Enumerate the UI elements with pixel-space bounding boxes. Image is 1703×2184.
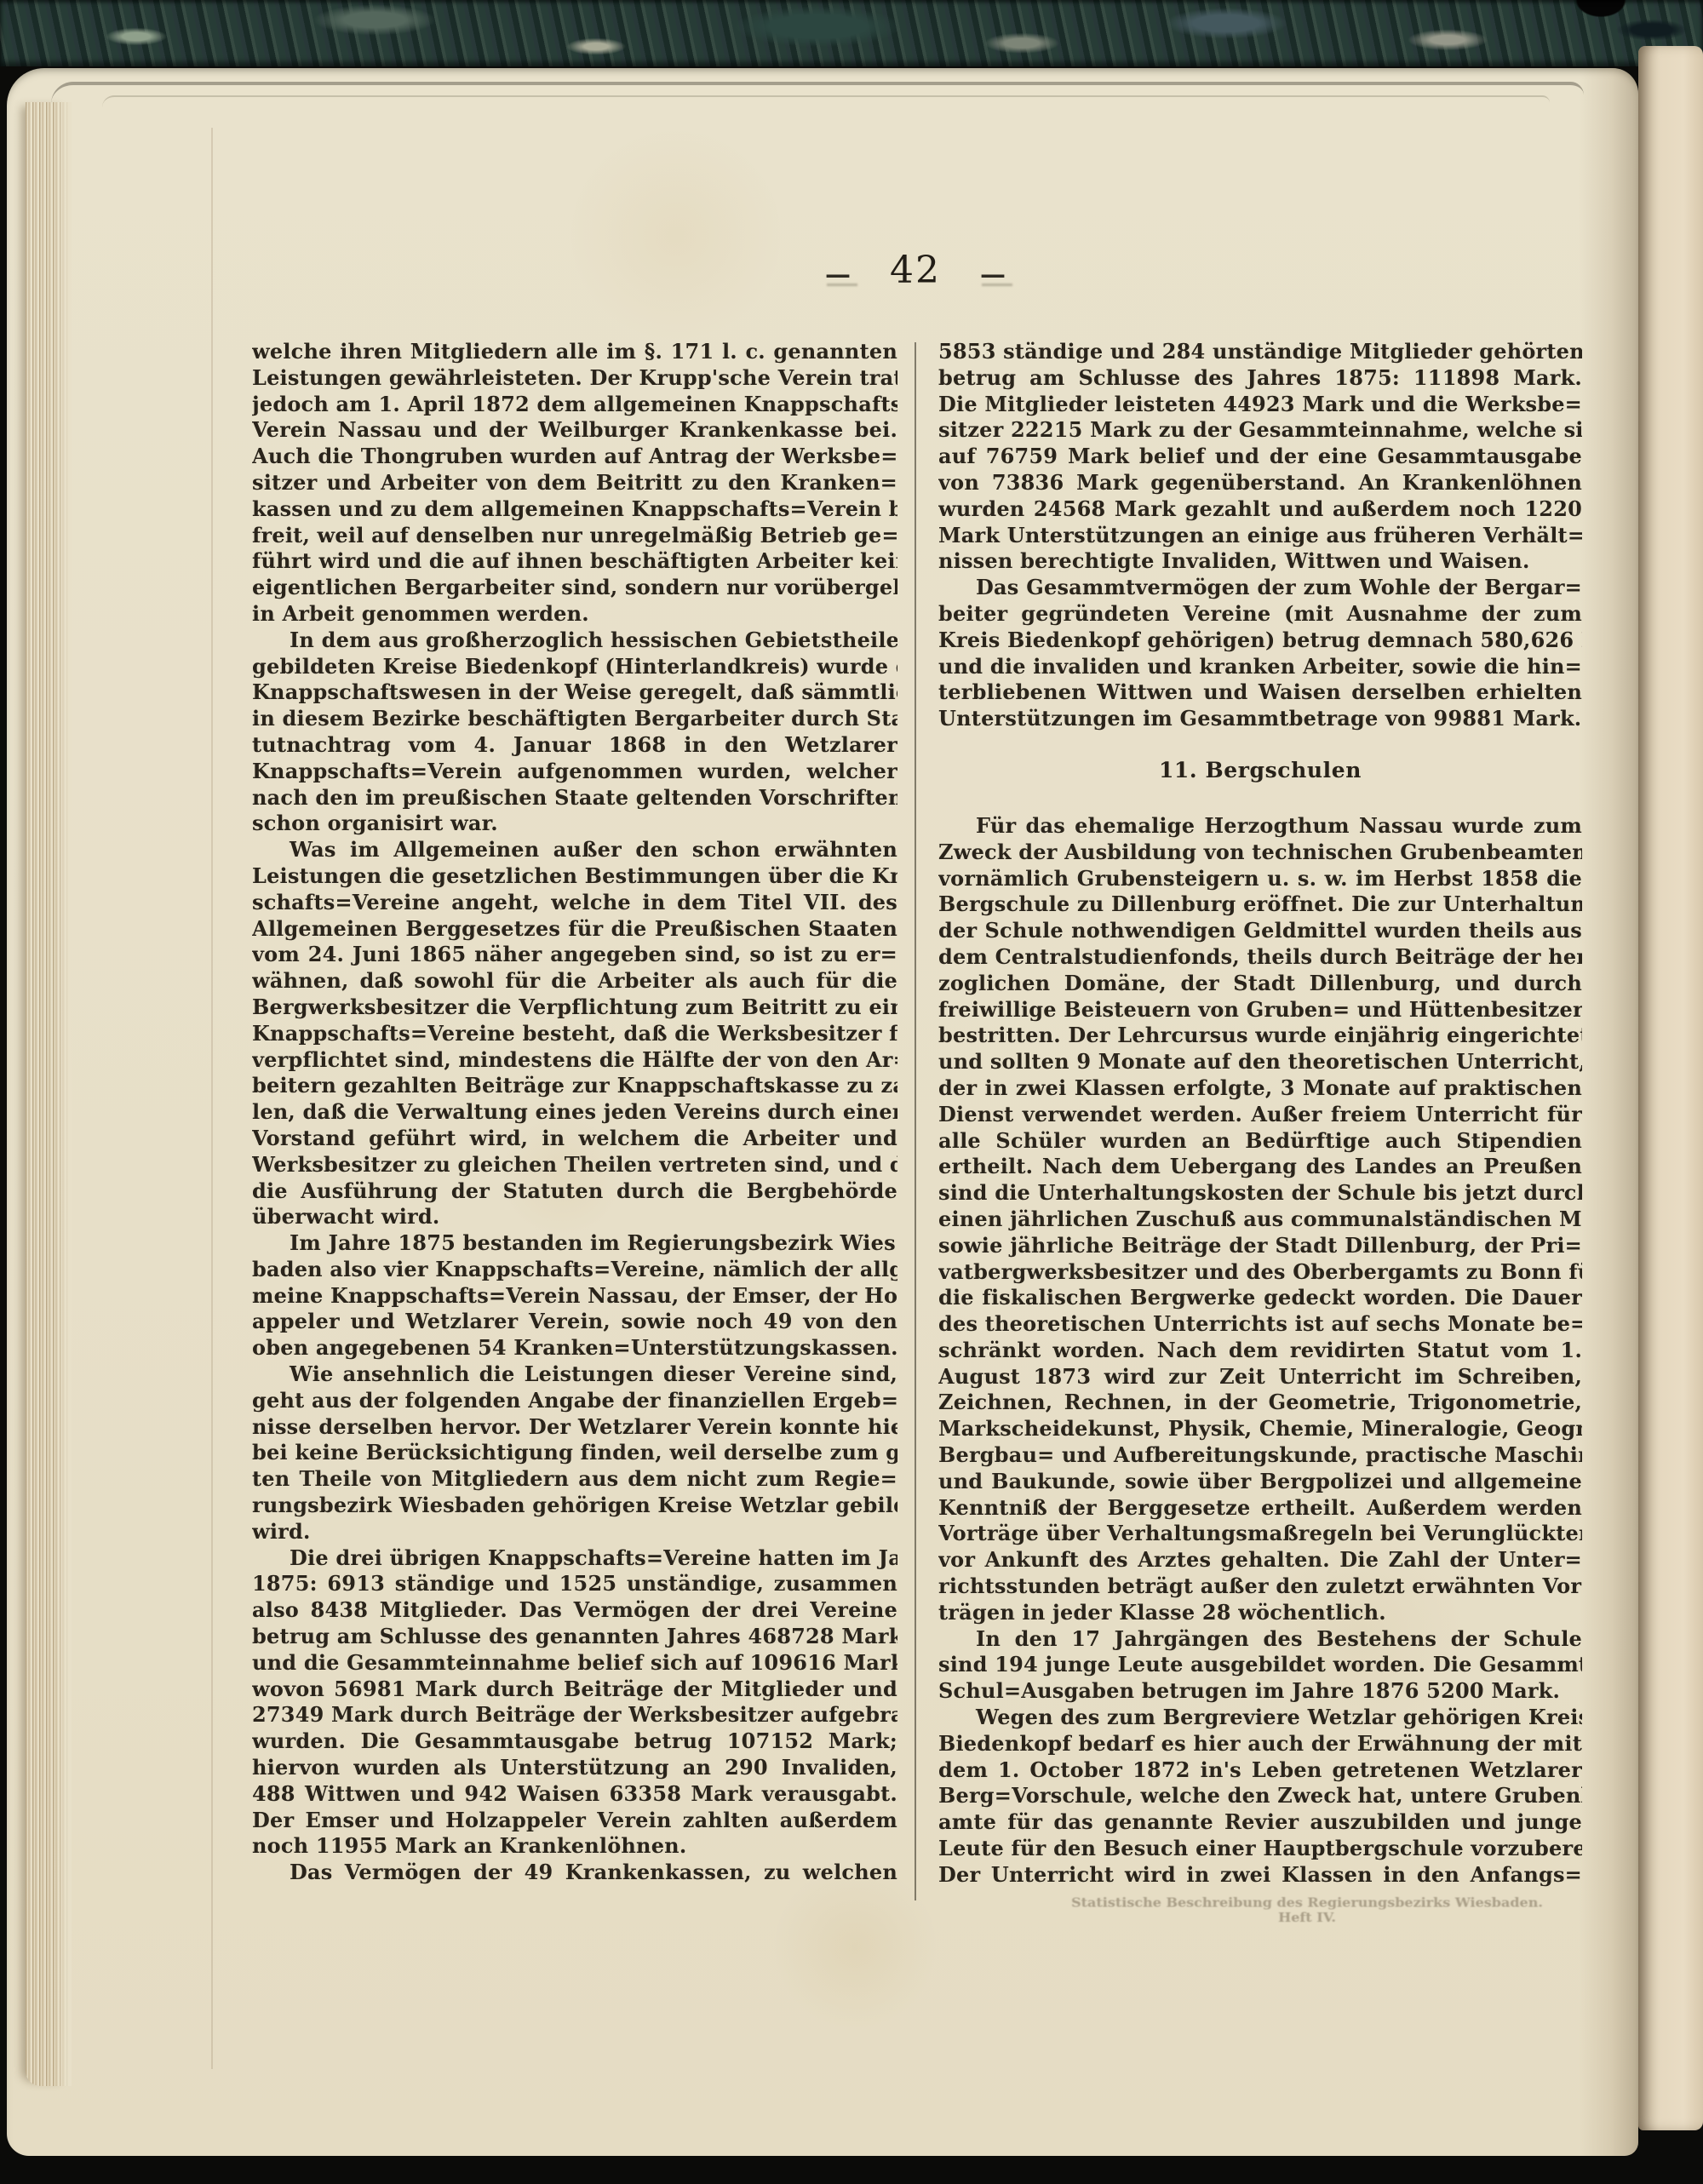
text-line: Biedenkopf bedarf es hier auch der Erwäh…: [938, 1731, 1582, 1757]
paragraph: Für das ehemalige Herzogthum Nassau wurd…: [938, 813, 1582, 1626]
text-line: Kreis Biedenkopf gehörigen) betrug demna…: [938, 628, 1582, 654]
text-line: Zweck der Ausbildung von technischen Gru…: [938, 840, 1582, 866]
text-line: zoglichen Domäne, der Stadt Dillenburg, …: [938, 971, 1582, 997]
text-line: vornämlich Grubensteigern u. s. w. im He…: [938, 866, 1582, 892]
text-line: der in zwei Klassen erfolgte, 3 Monate a…: [938, 1075, 1582, 1102]
text-line: wird.: [252, 1519, 897, 1545]
text-line: führt wird und die auf ihnen beschäftigt…: [252, 548, 897, 575]
column-divider-rule: [915, 342, 916, 1900]
text-line: noch 11955 Mark an Krankenlöhnen.: [252, 1833, 897, 1860]
text-line: Berg=Vorschule, welche den Zweck hat, un…: [938, 1783, 1582, 1809]
text-line: Auch die Thongruben wurden auf Antrag de…: [252, 444, 897, 470]
paragraph: Im Jahre 1875 bestanden im Regierungsbez…: [252, 1230, 897, 1361]
text-line: Bergschule zu Dillenburg eröffnet. Die z…: [938, 891, 1582, 918]
text-line: welche ihren Mitgliedern alle im §. 171 …: [252, 339, 897, 365]
text-line: Knappschafts=Vereine besteht, daß die We…: [252, 1021, 897, 1047]
text-line: Zeichnen, Rechnen, in der Geometrie, Tri…: [938, 1390, 1582, 1416]
text-line: schafts=Vereine angeht, welche in dem Ti…: [252, 890, 897, 916]
text-line: geht aus der folgenden Angabe der finanz…: [252, 1388, 897, 1414]
text-line: und die Gesammteinnahme belief sich auf …: [252, 1650, 897, 1677]
text-line: wähnen, daß sowohl für die Arbeiter als …: [252, 968, 897, 995]
next-page-edge: [1638, 46, 1703, 2130]
text-line: gebildeten Kreise Biedenkopf (Hinterland…: [252, 654, 897, 680]
column-right: 5853 ständige und 284 unständige Mitglie…: [938, 339, 1582, 1889]
page-header: — 42 —: [745, 249, 1086, 300]
text-line: In den 17 Jahrgängen des Bestehens der S…: [938, 1626, 1582, 1653]
text-line: und sollten 9 Monate auf den theoretisch…: [938, 1049, 1582, 1075]
text-line: 5853 ständige und 284 unständige Mitglie…: [938, 339, 1582, 365]
text-line: Leistungen gewährleisteten. Der Krupp'sc…: [252, 365, 897, 392]
paragraph: Wie ansehnlich die Leistungen dieser Ver…: [252, 1361, 897, 1545]
text-line: Vorstand geführt wird, in welchem die Ar…: [252, 1126, 897, 1152]
text-line: amte für das genannte Revier auszubilden…: [938, 1809, 1582, 1836]
text-line: wovon 56981 Mark durch Beiträge der Mitg…: [252, 1677, 897, 1703]
text-line: kassen und zu dem allgemeinen Knappschaf…: [252, 496, 897, 523]
text-line: appeler und Wetzlarer Verein, sowie noch…: [252, 1309, 897, 1335]
text-line: rungsbezirk Wiesbaden gehörigen Kreise W…: [252, 1493, 897, 1519]
text-line: die fiskalischen Bergwerke gedeckt worde…: [938, 1285, 1582, 1311]
text-line: schon organisirt war.: [252, 811, 897, 837]
text-line: Vorträge über Verhaltungsmaßregeln bei V…: [938, 1521, 1582, 1547]
text-line: Die drei übrigen Knappschafts=Vereine ha…: [252, 1545, 897, 1572]
text-line: Für das ehemalige Herzogthum Nassau wurd…: [938, 813, 1582, 840]
section-heading: 11. Bergschulen: [938, 758, 1582, 784]
text-line: Markscheidekunst, Physik, Chemie, Minera…: [938, 1416, 1582, 1442]
text-line: ten Theile von Mitgliedern aus dem nicht…: [252, 1466, 897, 1493]
bleed-through-text: Statistische Beschreibung des Regierungs…: [1069, 1895, 1545, 1925]
text-line: jedoch am 1. April 1872 dem allgemeinen …: [252, 392, 897, 418]
page-stack-left-edge: [26, 102, 72, 2086]
text-line: die Ausführung der Statuten durch die Be…: [252, 1178, 897, 1205]
text-line: Verein Nassau und der Weilburger Kranken…: [252, 417, 897, 444]
text-line: nach den im preußischen Staate geltenden…: [252, 785, 897, 811]
text-line: Bergbau= und Aufbereitungskunde, practis…: [938, 1442, 1582, 1469]
text-line: in diesem Bezirke beschäftigten Bergarbe…: [252, 706, 897, 732]
text-line: Allgemeinen Berggesetzes für die Preußis…: [252, 916, 897, 943]
text-line: Leute für den Besuch einer Hauptbergschu…: [938, 1836, 1582, 1862]
text-line: Mark Unterstützungen an einige aus frühe…: [938, 523, 1582, 549]
text-line: ertheilt. Nach dem Uebergang des Landes …: [938, 1154, 1582, 1180]
text-line: der Schule nothwendigen Geldmittel wurde…: [938, 918, 1582, 944]
text-line: terbliebenen Wittwen und Waisen derselbe…: [938, 679, 1582, 706]
paragraph: Das Gesammtvermögen der zum Wohle der Be…: [938, 575, 1582, 732]
text-line: auf 76759 Mark belief und der eine Gesam…: [938, 444, 1582, 470]
paragraph: Was im Allgemeinen außer den schon erwäh…: [252, 837, 897, 1230]
text-line: oben angegebenen 54 Kranken=Unterstützun…: [252, 1335, 897, 1361]
text-line: vom 24. Juni 1865 näher angegeben sind, …: [252, 942, 897, 968]
text-line: Wegen des zum Bergreviere Wetzlar gehöri…: [938, 1705, 1582, 1731]
paragraph: welche ihren Mitgliedern alle im §. 171 …: [252, 339, 897, 628]
text-line: Der Unterricht wird in zwei Klassen in d…: [938, 1862, 1582, 1889]
text-line: bestritten. Der Lehrcursus wurde einjähr…: [938, 1023, 1582, 1049]
text-line: sind die Unterhaltungskosten der Schule …: [938, 1180, 1582, 1207]
text-line: betrug am Schlusse des Jahres 1875: 1118…: [938, 365, 1582, 392]
scanned-book-page: — 42 — welche ihren Mitgliedern alle im …: [0, 0, 1703, 2184]
text-line: beiter gegründeten Vereine (mit Ausnahme…: [938, 601, 1582, 628]
text-line: bei keine Berücksichtigung finden, weil …: [252, 1440, 897, 1466]
text-line: trägen in jeder Klasse 28 wöchentlich.: [938, 1600, 1582, 1626]
left-margin-crease: [211, 128, 213, 2069]
text-line: nissen berechtigte Invaliden, Wittwen un…: [938, 548, 1582, 575]
text-line: Unterstützungen im Gesammtbetrage von 99…: [938, 706, 1582, 732]
text-line: baden also vier Knappschafts=Vereine, nä…: [252, 1257, 897, 1283]
text-line: dem 1. October 1872 in's Leben getretene…: [938, 1757, 1582, 1784]
text-line: vor Ankunft des Arztes gehalten. Die Zah…: [938, 1547, 1582, 1574]
paragraph: Wegen des zum Bergreviere Wetzlar gehöri…: [938, 1705, 1582, 1889]
text-line: beitern gezahlten Beiträge zur Knappscha…: [252, 1073, 897, 1099]
text-line: Schul=Ausgaben betrugen im Jahre 1876 52…: [938, 1678, 1582, 1705]
text-line: Das Vermögen der 49 Krankenkassen, zu we…: [252, 1860, 897, 1886]
text-line: des theoretischen Unterrichts ist auf se…: [938, 1311, 1582, 1338]
text-line: schränkt worden. Nach dem revidirten Sta…: [938, 1338, 1582, 1364]
text-line: 488 Wittwen und 942 Waisen 63358 Mark ve…: [252, 1781, 897, 1808]
text-line: Kenntniß der Berggesetze ertheilt. Außer…: [938, 1495, 1582, 1522]
text-line: nisse derselben hervor. Der Wetzlarer Ve…: [252, 1414, 897, 1441]
text-line: wurden. Die Gesammtausgabe betrug 107152…: [252, 1728, 897, 1755]
text-line: Der Emser und Holzappeler Verein zahlten…: [252, 1808, 897, 1834]
text-line: freit, weil auf denselben nur unregelmäß…: [252, 523, 897, 549]
text-line: sitzer und Arbeiter von dem Beitritt zu …: [252, 470, 897, 496]
page-top-crease-secondary: [102, 95, 1550, 107]
paragraph: In dem aus großherzoglich hessischen Geb…: [252, 628, 897, 837]
paragraph: Das Vermögen der 49 Krankenkassen, zu we…: [252, 1860, 897, 1886]
paragraph: Die drei übrigen Knappschafts=Vereine ha…: [252, 1545, 897, 1860]
paragraph: 5853 ständige und 284 unständige Mitglie…: [938, 339, 1582, 575]
header-dash-left: —: [825, 260, 851, 289]
text-line: meine Knappschafts=Verein Nassau, der Em…: [252, 1283, 897, 1310]
text-line: Im Jahre 1875 bestanden im Regierungsbez…: [252, 1230, 897, 1257]
text-line: Bergwerksbesitzer die Verpflichtung zum …: [252, 995, 897, 1021]
text-line: also 8438 Mitglieder. Das Vermögen der d…: [252, 1597, 897, 1624]
text-line: len, daß die Verwaltung eines jeden Vere…: [252, 1099, 897, 1126]
text-line: dem Centralstudienfonds, theils durch Be…: [938, 944, 1582, 971]
text-line: freiwillige Beisteuern von Gruben= und H…: [938, 997, 1582, 1023]
text-line: vatbergwerksbesitzer und des Oberbergamt…: [938, 1259, 1582, 1286]
column-left: welche ihren Mitgliedern alle im §. 171 …: [252, 339, 897, 1886]
text-line: Was im Allgemeinen außer den schon erwäh…: [252, 837, 897, 863]
header-dash-right: —: [980, 260, 1006, 289]
text-line: und Baukunde, sowie über Bergpolizei und…: [938, 1469, 1582, 1495]
text-line: richtsstunden beträgt außer den zuletzt …: [938, 1574, 1582, 1600]
text-line: sind 194 junge Leute ausgebildet worden.…: [938, 1652, 1582, 1678]
text-line: von 73836 Mark gegenüberstand. An Kranke…: [938, 470, 1582, 496]
text-line: 1875: 6913 ständige und 1525 unständige,…: [252, 1571, 897, 1597]
text-line: betrug am Schlusse des genannten Jahres …: [252, 1624, 897, 1650]
text-line: tutnachtrag vom 4. Januar 1868 in den We…: [252, 732, 897, 759]
text-line: wurden 24568 Mark gezahlt und außerdem n…: [938, 496, 1582, 523]
text-line: August 1873 wird zur Zeit Unterricht im …: [938, 1364, 1582, 1390]
text-line: einen jährlichen Zuschuß aus communalstä…: [938, 1207, 1582, 1233]
text-line: Das Gesammtvermögen der zum Wohle der Be…: [938, 575, 1582, 601]
text-line: sitzer 22215 Mark zu der Gesammteinnahme…: [938, 417, 1582, 444]
text-line: Wie ansehnlich die Leistungen dieser Ver…: [252, 1361, 897, 1388]
text-line: Leistungen die gesetzlichen Bestimmungen…: [252, 863, 897, 890]
text-line: hiervon wurden als Unterstützung an 290 …: [252, 1755, 897, 1781]
text-line: eigentlichen Bergarbeiter sind, sondern …: [252, 575, 897, 601]
paragraph: In den 17 Jahrgängen des Bestehens der S…: [938, 1626, 1582, 1705]
text-line: Knappschafts=Verein aufgenommen wurden, …: [252, 759, 897, 785]
text-line: Dienst verwendet werden. Außer freiem Un…: [938, 1102, 1582, 1128]
marbled-book-top-edge: [0, 0, 1703, 66]
text-line: Knappschaftswesen in der Weise geregelt,…: [252, 679, 897, 706]
text-line: Werksbesitzer zu gleichen Theilen vertre…: [252, 1152, 897, 1178]
text-line: überwacht wird.: [252, 1204, 897, 1230]
text-line: verpflichtet sind, mindestens die Hälfte…: [252, 1047, 897, 1074]
text-line: und die invaliden und kranken Arbeiter, …: [938, 654, 1582, 680]
text-line: sowie jährliche Beiträge der Stadt Dille…: [938, 1233, 1582, 1259]
text-line: in Arbeit genommen werden.: [252, 601, 897, 628]
text-line: In dem aus großherzoglich hessischen Geb…: [252, 628, 897, 654]
page-number: 42: [890, 249, 941, 292]
text-line: Die Mitglieder leisteten 44923 Mark und …: [938, 392, 1582, 418]
text-line: alle Schüler wurden an Bedürftige auch S…: [938, 1128, 1582, 1155]
text-line: 27349 Mark durch Beiträge der Werksbesit…: [252, 1702, 897, 1728]
